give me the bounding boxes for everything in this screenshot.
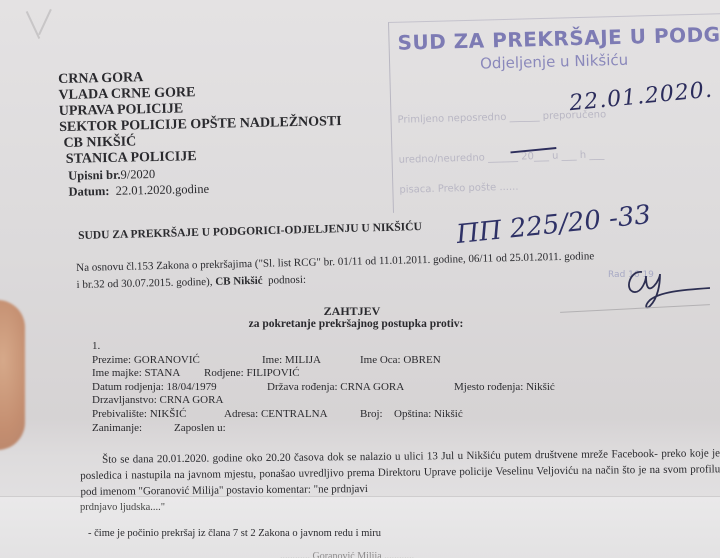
paper-crease [38, 9, 52, 35]
municipality: Opština: Nikšić [394, 408, 463, 422]
occupation: Zanimanje: [92, 422, 142, 436]
cutoff-text: ............ Goranović Milija ..........… [280, 551, 414, 558]
date-of-birth: Datum rodjenja: 18/04/1979 [92, 381, 217, 395]
country-of-birth: Država rođenja: CRNA GORA [267, 381, 404, 395]
address: Adresa: CENTRALNA [224, 408, 328, 422]
first-name: Ime: MILIJA [262, 354, 321, 368]
house-number: Broj: [360, 408, 383, 422]
offense-continuation: prdnjavo ljudska...." [80, 500, 165, 516]
stamp-line: uredno/neuredno ______ 20___ u ___ h ___ [398, 149, 604, 165]
registry-value: 9/2020 [120, 167, 155, 182]
father-name: Ime Oca: OBREN [360, 354, 441, 368]
submitter: CB Nikšić [215, 275, 263, 288]
stamp-department: Odjeljenje u Nikšiću [480, 51, 628, 73]
legal-basis: Na osnovu čl.153 Zakona o prekršajima ("… [76, 248, 595, 294]
employer: Zaposlen u: [174, 422, 226, 436]
legal-text: i br.32 od 30.07.2015. godine), [76, 276, 212, 291]
document-paper: CRNA GORA VLADA CRNE GORE UPRAVA POLICIJ… [0, 0, 720, 558]
date-label: Datum: [68, 184, 109, 199]
surname: Prezime: GORANOVIĆ [92, 354, 200, 368]
maiden-name: Rodjene: FILIPOVIĆ [204, 367, 300, 381]
date-value: 22.01.2020.godine [116, 182, 210, 198]
registry-label: Upisni br. [68, 168, 121, 183]
document-subtitle: za pokretanje prekršajnog postupka proti… [0, 318, 716, 330]
document-title: ZAHTJEV [0, 304, 712, 319]
citizenship: Drzavljanstvo: CRNA GORA [92, 394, 223, 408]
stamp-line: pisaca. Preko pošte ...... [399, 182, 518, 196]
person-index: 1. [92, 340, 100, 354]
offense-description: Što se dana 20.01.2020. godine oko 20.20… [80, 452, 720, 500]
paper-crease [26, 11, 40, 39]
addressee: SUDU ZA PREKRŠAJE U PODGORICI-ODJELJENJU… [78, 221, 422, 242]
legal-text: podnosi: [268, 274, 306, 287]
finger-in-photo [0, 300, 25, 450]
handwritten-received-date: 22.01.2020. [568, 78, 714, 117]
court-receipt-stamp: SUD ZA PREKRŠAJE U PODGO Odjeljenje u Ni… [388, 13, 720, 213]
mother-name: Ime majke: STANA [92, 367, 180, 381]
stamp-court-name: SUD ZA PREKRŠAJE U PODGO [397, 22, 720, 55]
police-header: CRNA GORA VLADA CRNE GORE UPRAVA POLICIJ… [58, 66, 343, 200]
offense-paragraph: Što se dana 20.01.2020. godine oko 20.20… [80, 445, 720, 500]
offense-conclusion: - čime je počinio prekršaj iz člana 7 st… [88, 528, 381, 539]
place-of-birth: Mjesto rođenja: Nikšić [454, 381, 555, 395]
residence: Prebivalište: NIKŠIĆ [92, 408, 186, 422]
